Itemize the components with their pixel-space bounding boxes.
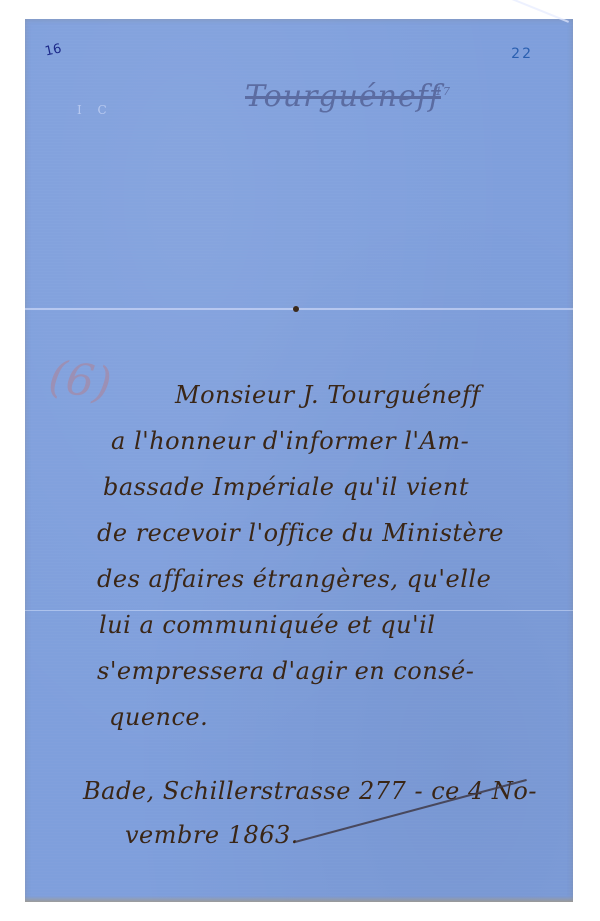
letter-line: lui a communiquée et qu'il [99, 611, 435, 639]
letter-line: s'empressera d'agir en consé- [97, 657, 474, 685]
fold-line-upper [25, 308, 573, 310]
dateline-line: Bade, Schillerstrasse 277 - ce 4 No- [83, 777, 537, 805]
archival-heading-name: Tourguéneff [245, 79, 441, 114]
embossed-stamp: I C [77, 103, 113, 117]
folio-number-left: 16 [44, 41, 63, 59]
archival-heading-superscript: 17 [435, 85, 451, 98]
letter-line: des affaires étrangères, qu'elle [97, 565, 491, 593]
letter-line: quence. [109, 703, 208, 731]
archival-heading: Tourguéneff17 [245, 79, 451, 114]
corner-crease [494, 0, 569, 23]
letter-line: Monsieur J. Tourguéneff [175, 381, 481, 409]
edge-wear [25, 896, 573, 902]
dateline-line: vembre 1863. [125, 821, 299, 849]
letter-line: bassade Impériale qu'il vient [103, 473, 469, 501]
letter-line: de recevoir l'office du Ministère [97, 519, 504, 547]
letter-line: a l'honneur d'informer l'Am- [111, 427, 469, 455]
margin-pencil-mark: (6) [46, 351, 115, 410]
letter-sheet: 16 22 I C Tourguéneff17 (6) Monsieur J. … [25, 19, 573, 902]
folio-number-right: 22 [511, 46, 533, 62]
pin-hole [293, 306, 299, 312]
